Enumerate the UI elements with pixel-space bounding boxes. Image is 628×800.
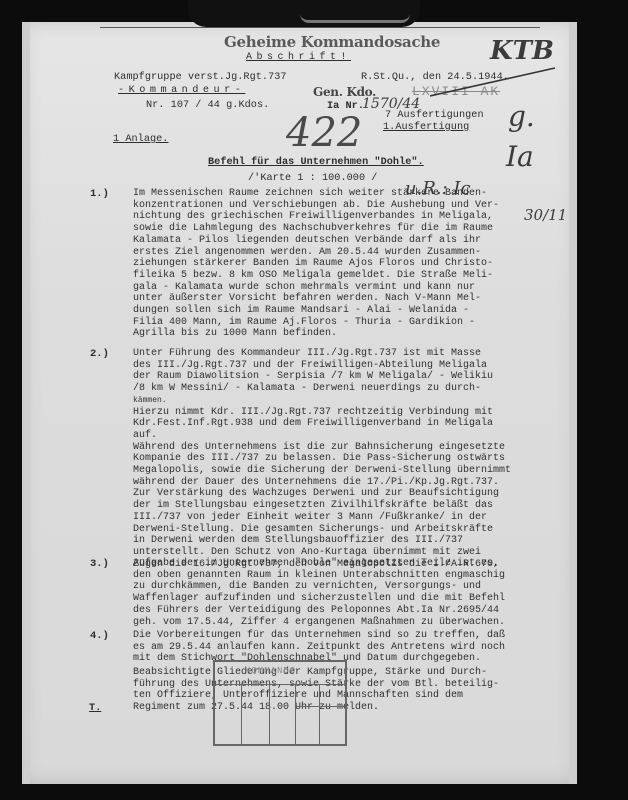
copies-total: 7 Ausfertigungen (385, 110, 484, 122)
attachments: 1 Anlage. (113, 134, 168, 146)
paragraph-number-4: 4.) (90, 630, 109, 642)
paragraph-2: Unter Führung des Kommandeur III./Jg.Rgt… (133, 348, 543, 570)
stamp-divider (295, 706, 345, 707)
stamp-column-line (319, 684, 320, 744)
copy-marker: Abschrift! (246, 52, 351, 64)
paper-edge-right (569, 22, 577, 784)
paragraph-1: Im Messenischen Raume zeichnen sich weit… (133, 188, 543, 340)
copy-number: 1.Ausfertigung (383, 122, 469, 134)
handwritten-number: 422 (286, 110, 362, 156)
stamp-column-line (269, 684, 270, 744)
classification-heading: Geheime Kommandosache (224, 36, 440, 48)
stamp-column-line (241, 684, 242, 744)
map-reference: /'Karte 1 : 100.000 / (248, 173, 377, 185)
registry-stamp: KOMMANDO (213, 660, 347, 746)
paragraph-number-1: 1.) (90, 188, 109, 200)
paper-edge-left (22, 22, 30, 784)
stamp-divider (215, 684, 345, 685)
paragraph-number-3: 3.) (90, 558, 109, 570)
sender-unit: Kampfgruppe verst.Jg.Rgt.737 (114, 72, 287, 84)
stamp-column-line (295, 684, 296, 744)
handwritten-letter: g. (508, 100, 535, 133)
sender-role: -Kommandeur- (118, 85, 245, 97)
order-title: Befehl für das Unternehmen "Dohle". (208, 157, 424, 169)
binder-wire (300, 14, 410, 23)
paragraph-number-2: 2.) (90, 348, 109, 360)
handwritten-ia: Ia (506, 140, 534, 173)
closing-mark: T. (89, 703, 101, 715)
handwritten-strike-line (430, 60, 560, 100)
paragraph-3: Aufgabe der im Unternehmen "Dohle" einge… (133, 558, 543, 628)
stamp-label: KOMMANDO (245, 666, 296, 676)
reference-number: Nr. 107 / 44 g.Kdos. (146, 100, 269, 112)
header-rule (100, 27, 540, 28)
